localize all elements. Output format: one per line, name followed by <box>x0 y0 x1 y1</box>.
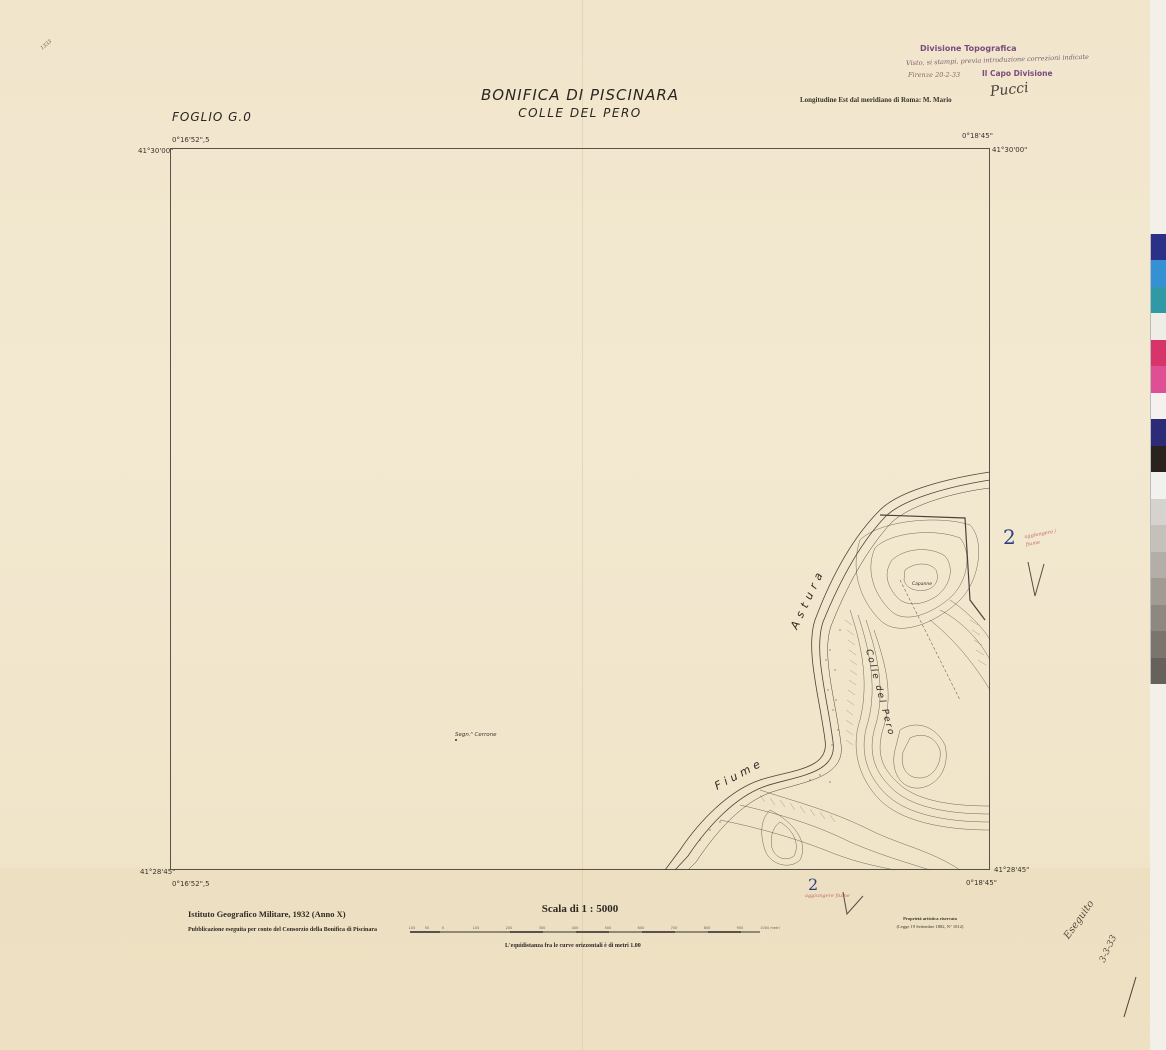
scale-tick: 1000 metri <box>760 926 779 930</box>
scale-segment <box>410 931 440 933</box>
scale-tick: 900 <box>737 926 744 930</box>
scale-title: Scala di 1 : 5000 <box>480 903 680 915</box>
pen-stroke-icon <box>1118 975 1148 1020</box>
scale-tick: 700 <box>671 926 678 930</box>
farm-label: Capanne <box>912 581 932 587</box>
calibration-patch <box>1151 499 1166 525</box>
check-mark-icon <box>838 890 868 920</box>
scale-tick: 600 <box>638 926 645 930</box>
rights-law: (Legge 19 Settembre 1882, N° 1012) <box>868 924 992 929</box>
calibration-patch <box>1151 605 1166 631</box>
topographic-terrain: Fiume Astura Colle del Pero Capanne <box>0 0 1150 1050</box>
scale-tick: 200 <box>506 926 513 930</box>
calibration-patch <box>1151 552 1166 578</box>
calibration-patch <box>1151 578 1166 604</box>
calibration-patch <box>1151 658 1166 684</box>
hill-label: Colle del Pero <box>863 648 896 738</box>
calibration-patch <box>1151 631 1166 657</box>
scale-segment <box>576 931 609 933</box>
publisher-line: Istituto Geografico Militare, 1932 (Anno… <box>188 909 346 919</box>
scale-segment <box>708 931 741 933</box>
calibration-patch <box>1151 446 1166 472</box>
scale-tick: 0 <box>442 926 444 930</box>
consortium-line: Pubblicazione eseguita per conto del Con… <box>188 927 377 933</box>
calibration-patch <box>1151 234 1166 260</box>
place-label-cerrone: Segn.ʰ Cerrone <box>455 732 497 738</box>
color-calibration-strip <box>1150 234 1166 684</box>
scale-tick: 300 <box>539 926 546 930</box>
calibration-patch <box>1151 419 1166 445</box>
correction-number-bottom: 2 <box>808 875 818 894</box>
river-label-fiume: Fiume <box>712 756 766 793</box>
scale-tick: 50 <box>425 926 429 930</box>
calibration-patch <box>1151 472 1166 498</box>
calibration-patch <box>1151 366 1166 392</box>
scale-tick: 800 <box>704 926 711 930</box>
calibration-patch <box>1151 525 1166 551</box>
river-label-astura: Astura <box>788 566 828 632</box>
calibration-patch <box>1151 340 1166 366</box>
calibration-patch <box>1151 260 1166 286</box>
correction-number-right: 2 <box>1003 525 1016 549</box>
scale-tick: 100 <box>409 926 416 930</box>
scale-bar: 100 50 0 100 200 300 400 500 600 700 800… <box>410 926 770 938</box>
calibration-patch <box>1151 313 1166 339</box>
check-mark-icon <box>1020 560 1050 600</box>
scale-tick: 500 <box>605 926 612 930</box>
contour-interval-note: L'equidistanza fra le curve orizzontali … <box>505 943 641 949</box>
rights-note: Proprietà artistica riservata <box>880 916 980 921</box>
calibration-patch <box>1151 393 1166 419</box>
calibration-patch <box>1151 287 1166 313</box>
scale-segment <box>510 931 543 933</box>
scale-tick: 400 <box>572 926 579 930</box>
scale-segment <box>642 931 675 933</box>
map-sheet: 1333 BONIFICA DI PISCINARA COLLE DEL PER… <box>0 0 1150 1050</box>
scale-tick: 100 <box>473 926 480 930</box>
